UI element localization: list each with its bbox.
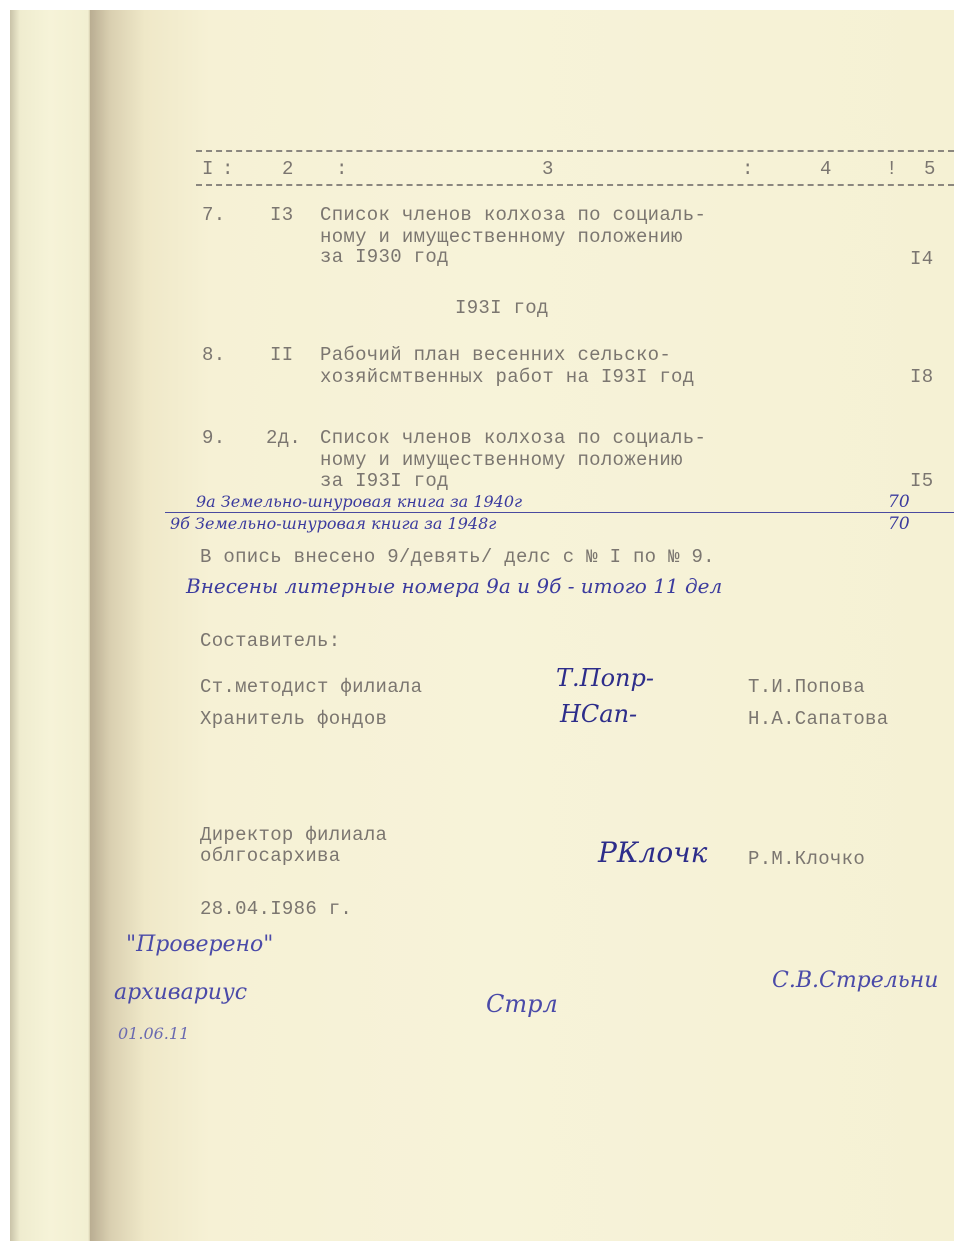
entry-title-line: Список членов колхоза по социаль- <box>320 204 706 226</box>
signatory-name: Н.А.Сапатова <box>748 708 888 730</box>
header-top-rule <box>196 150 954 152</box>
verification-date: 01.06.11 <box>118 1024 189 1043</box>
col-header-5: 5 <box>924 158 936 180</box>
entry-title-line: ному и имущественному положению <box>320 449 683 471</box>
col-separator: : <box>222 158 234 180</box>
entry-pages: I4 <box>910 248 933 270</box>
document-date: 28.04.I986 г. <box>200 898 352 920</box>
entry-title-line: хозяйсмтвенных работ на I93I год <box>320 366 694 388</box>
handwritten-entry-9b: 9б Земельно-шнуровая книга за 1948г <box>170 514 496 533</box>
handwritten-entry-9a: 9а Земельно-шнуровая книга за 1940г <box>196 492 522 511</box>
col-separator: : <box>742 158 754 180</box>
entry-number: 9. <box>202 427 225 449</box>
signature-klochko: РКлочк <box>598 836 707 869</box>
signatory-name: Т.И.Попова <box>748 676 865 698</box>
signatory-position: Хранитель фондов <box>200 708 387 730</box>
entry-number: 8. <box>202 344 225 366</box>
col-header-2: 2 <box>282 158 294 180</box>
handwritten-summary-note: Внесены литерные номера 9а и 9б - итого … <box>186 574 722 598</box>
entry-title-line: ному и имущественному положению <box>320 226 683 248</box>
archivist-title: архивариус <box>114 980 247 1005</box>
col-separator: : <box>336 158 348 180</box>
director-position-line2: облгосархива <box>200 845 340 867</box>
signatory-position: Ст.методист филиала <box>200 676 422 698</box>
col-header-4: 4 <box>820 158 832 180</box>
entry-pages: I8 <box>910 366 933 388</box>
entry-pages: I5 <box>910 470 933 492</box>
year-heading: I93I год <box>455 297 549 319</box>
col-header-1: I <box>202 158 214 180</box>
verified-stamp: "Проверено" <box>126 932 273 957</box>
signature-strelnik: Стрл <box>486 990 558 1018</box>
entry-title-line: за I930 год <box>320 246 449 268</box>
handwritten-entry-9a-pages: 70 <box>888 492 910 512</box>
handwritten-entry-9b-pages: 70 <box>888 514 910 534</box>
entry-number: 7. <box>202 204 225 226</box>
signature-sapatova: НСап- <box>560 700 637 728</box>
page-binding-left <box>10 10 90 1241</box>
verifier-name: С.В.Стрельни <box>772 968 938 993</box>
signature-popova: Т.Попр- <box>556 664 654 692</box>
header-bottom-rule <box>196 184 954 186</box>
entry-title-line: Список членов колхоза по социаль- <box>320 427 706 449</box>
handwritten-underline <box>165 512 954 513</box>
entry-title-line: за I93I год <box>320 470 449 492</box>
document-page <box>90 10 954 1241</box>
entry-code: II <box>270 344 293 366</box>
col-separator: ! <box>886 158 898 180</box>
inventory-summary: В опись внесено 9/девять/ делс с № I по … <box>200 546 715 568</box>
director-position-line1: Директор филиала <box>200 824 387 846</box>
director-name: Р.М.Клочко <box>748 848 865 870</box>
col-header-3: 3 <box>542 158 554 180</box>
compiler-label: Составитель: <box>200 630 340 652</box>
entry-code: I3 <box>270 204 293 226</box>
entry-code: 2д. <box>266 427 301 449</box>
entry-title-line: Рабочий план весенних сельско- <box>320 344 671 366</box>
